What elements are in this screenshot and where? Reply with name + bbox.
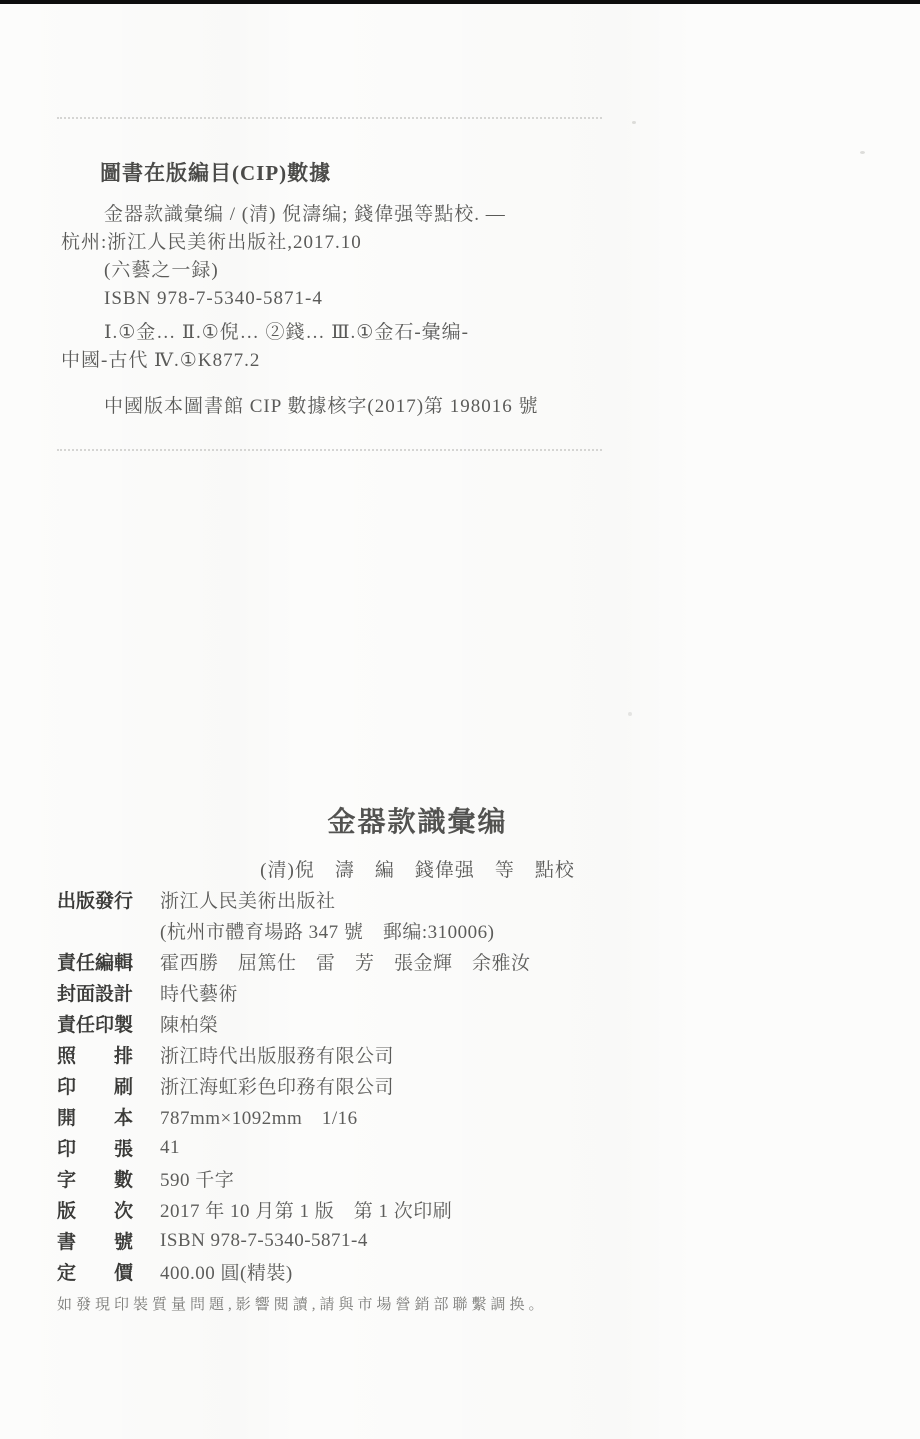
info-row-isbn: 書 號 ISBN 978-7-5340-5871-4 — [57, 1225, 777, 1256]
info-label: 書 號 — [57, 1227, 160, 1254]
info-value: 2017 年 10 月第 1 版 第 1 次印刷 — [160, 1196, 452, 1223]
info-row-publisher-address: (杭州市體育場路 347 號 郵编:310006) — [57, 915, 777, 946]
info-row-sheets: 印 張 41 — [57, 1132, 777, 1163]
cip-entry-block: 金器款識彙编 / (清) 倪濤编; 錢偉强等點校. — 杭州:浙江人民美術出版社… — [61, 201, 661, 313]
info-value: (杭州市體育場路 347 號 郵编:310006) — [160, 917, 494, 944]
scan-edge-bar — [0, 0, 920, 4]
info-row-typesetting: 照 排 浙江時代出版服務有限公司 — [57, 1039, 777, 1070]
book-title: 金器款識彙编 — [45, 800, 790, 840]
scan-speck — [860, 151, 865, 154]
info-row-edition: 版 次 2017 年 10 月第 1 版 第 1 次印刷 — [57, 1194, 777, 1225]
info-value: 590 千字 — [160, 1165, 234, 1192]
info-value: 陳柏榮 — [160, 1010, 219, 1037]
info-value: 400.00 圓(精裝) — [160, 1258, 293, 1285]
colophon-page: 圖書在版編目(CIP)數據 金器款識彙编 / (清) 倪濤编; 錢偉强等點校. … — [0, 0, 920, 1439]
cip-entry-line: ISBN 978-7-5340-5871-4 — [61, 285, 661, 313]
info-value: 787mm×1092mm 1/16 — [160, 1103, 358, 1130]
quality-exchange-note: 如發現印裝質量問題,影響閱讀,請與市場營銷部聯繫調换。 — [57, 1293, 548, 1314]
info-label: 印 刷 — [57, 1072, 160, 1099]
cip-classification-block: Ⅰ.①金… Ⅱ.①倪… ②錢… Ⅲ.①金石-彙编- 中國-古代 Ⅳ.①K877.… — [61, 319, 661, 375]
info-row-cover-design: 封面設計 時代藝術 — [57, 977, 777, 1008]
dotted-divider-bottom — [57, 449, 602, 451]
title-block: 金器款識彙编 (清)倪 濤 編 錢偉强 等 點校 — [45, 800, 790, 882]
info-label: 定 價 — [57, 1258, 160, 1285]
info-value: ISBN 978-7-5340-5871-4 — [160, 1230, 368, 1252]
info-label: 照 排 — [57, 1041, 160, 1068]
info-label: 開 本 — [57, 1103, 160, 1130]
info-value: 浙江海虹彩色印務有限公司 — [160, 1072, 394, 1099]
cip-heading: 圖書在版編目(CIP)數據 — [100, 157, 331, 187]
info-value: 霍西勝 屈篤仕 雷 芳 張金輝 余雅汝 — [160, 948, 531, 975]
classification-line: 中國-古代 Ⅳ.①K877.2 — [61, 347, 661, 375]
info-row-print-supervisor: 責任印製 陳柏榮 — [57, 1008, 777, 1039]
info-label: 責任印製 — [57, 1010, 160, 1037]
info-row-publisher: 出版發行 浙江人民美術出版社 — [57, 884, 777, 915]
info-row-word-count: 字 數 590 千字 — [57, 1163, 777, 1194]
info-label: 版 次 — [57, 1196, 160, 1223]
scan-speck — [632, 121, 636, 124]
info-label: 字 數 — [57, 1165, 160, 1192]
info-row-price: 定 價 400.00 圓(精裝) — [57, 1256, 777, 1287]
publication-info-list: 出版發行 浙江人民美術出版社 (杭州市體育場路 347 號 郵编:310006)… — [57, 884, 777, 1287]
info-row-editors: 責任編輯 霍西勝 屈篤仕 雷 芳 張金輝 余雅汝 — [57, 946, 777, 977]
info-label: 封面設計 — [57, 979, 160, 1006]
info-value: 浙江人民美術出版社 — [160, 886, 336, 913]
dotted-divider-top — [57, 117, 602, 119]
scan-speck — [628, 712, 632, 716]
cip-entry-line: 金器款識彙编 / (清) 倪濤编; 錢偉强等點校. — — [61, 201, 661, 229]
info-value: 41 — [160, 1137, 180, 1159]
info-label: 印 張 — [57, 1134, 160, 1161]
info-value: 時代藝術 — [160, 979, 238, 1006]
info-row-format: 開 本 787mm×1092mm 1/16 — [57, 1101, 777, 1132]
cip-entry-line: (六藝之一録) — [61, 257, 661, 285]
info-label: 責任編輯 — [57, 948, 160, 975]
cip-record-number: 中國版本圖書館 CIP 數據核字(2017)第 198016 號 — [61, 391, 539, 418]
book-byline: (清)倪 濤 編 錢偉强 等 點校 — [45, 855, 790, 882]
info-value: 浙江時代出版服務有限公司 — [160, 1041, 394, 1068]
info-row-printing: 印 刷 浙江海虹彩色印務有限公司 — [57, 1070, 777, 1101]
info-label: 出版發行 — [57, 886, 160, 913]
cip-entry-line: 杭州:浙江人民美術出版社,2017.10 — [61, 229, 661, 257]
classification-line: Ⅰ.①金… Ⅱ.①倪… ②錢… Ⅲ.①金石-彙编- — [61, 319, 661, 347]
